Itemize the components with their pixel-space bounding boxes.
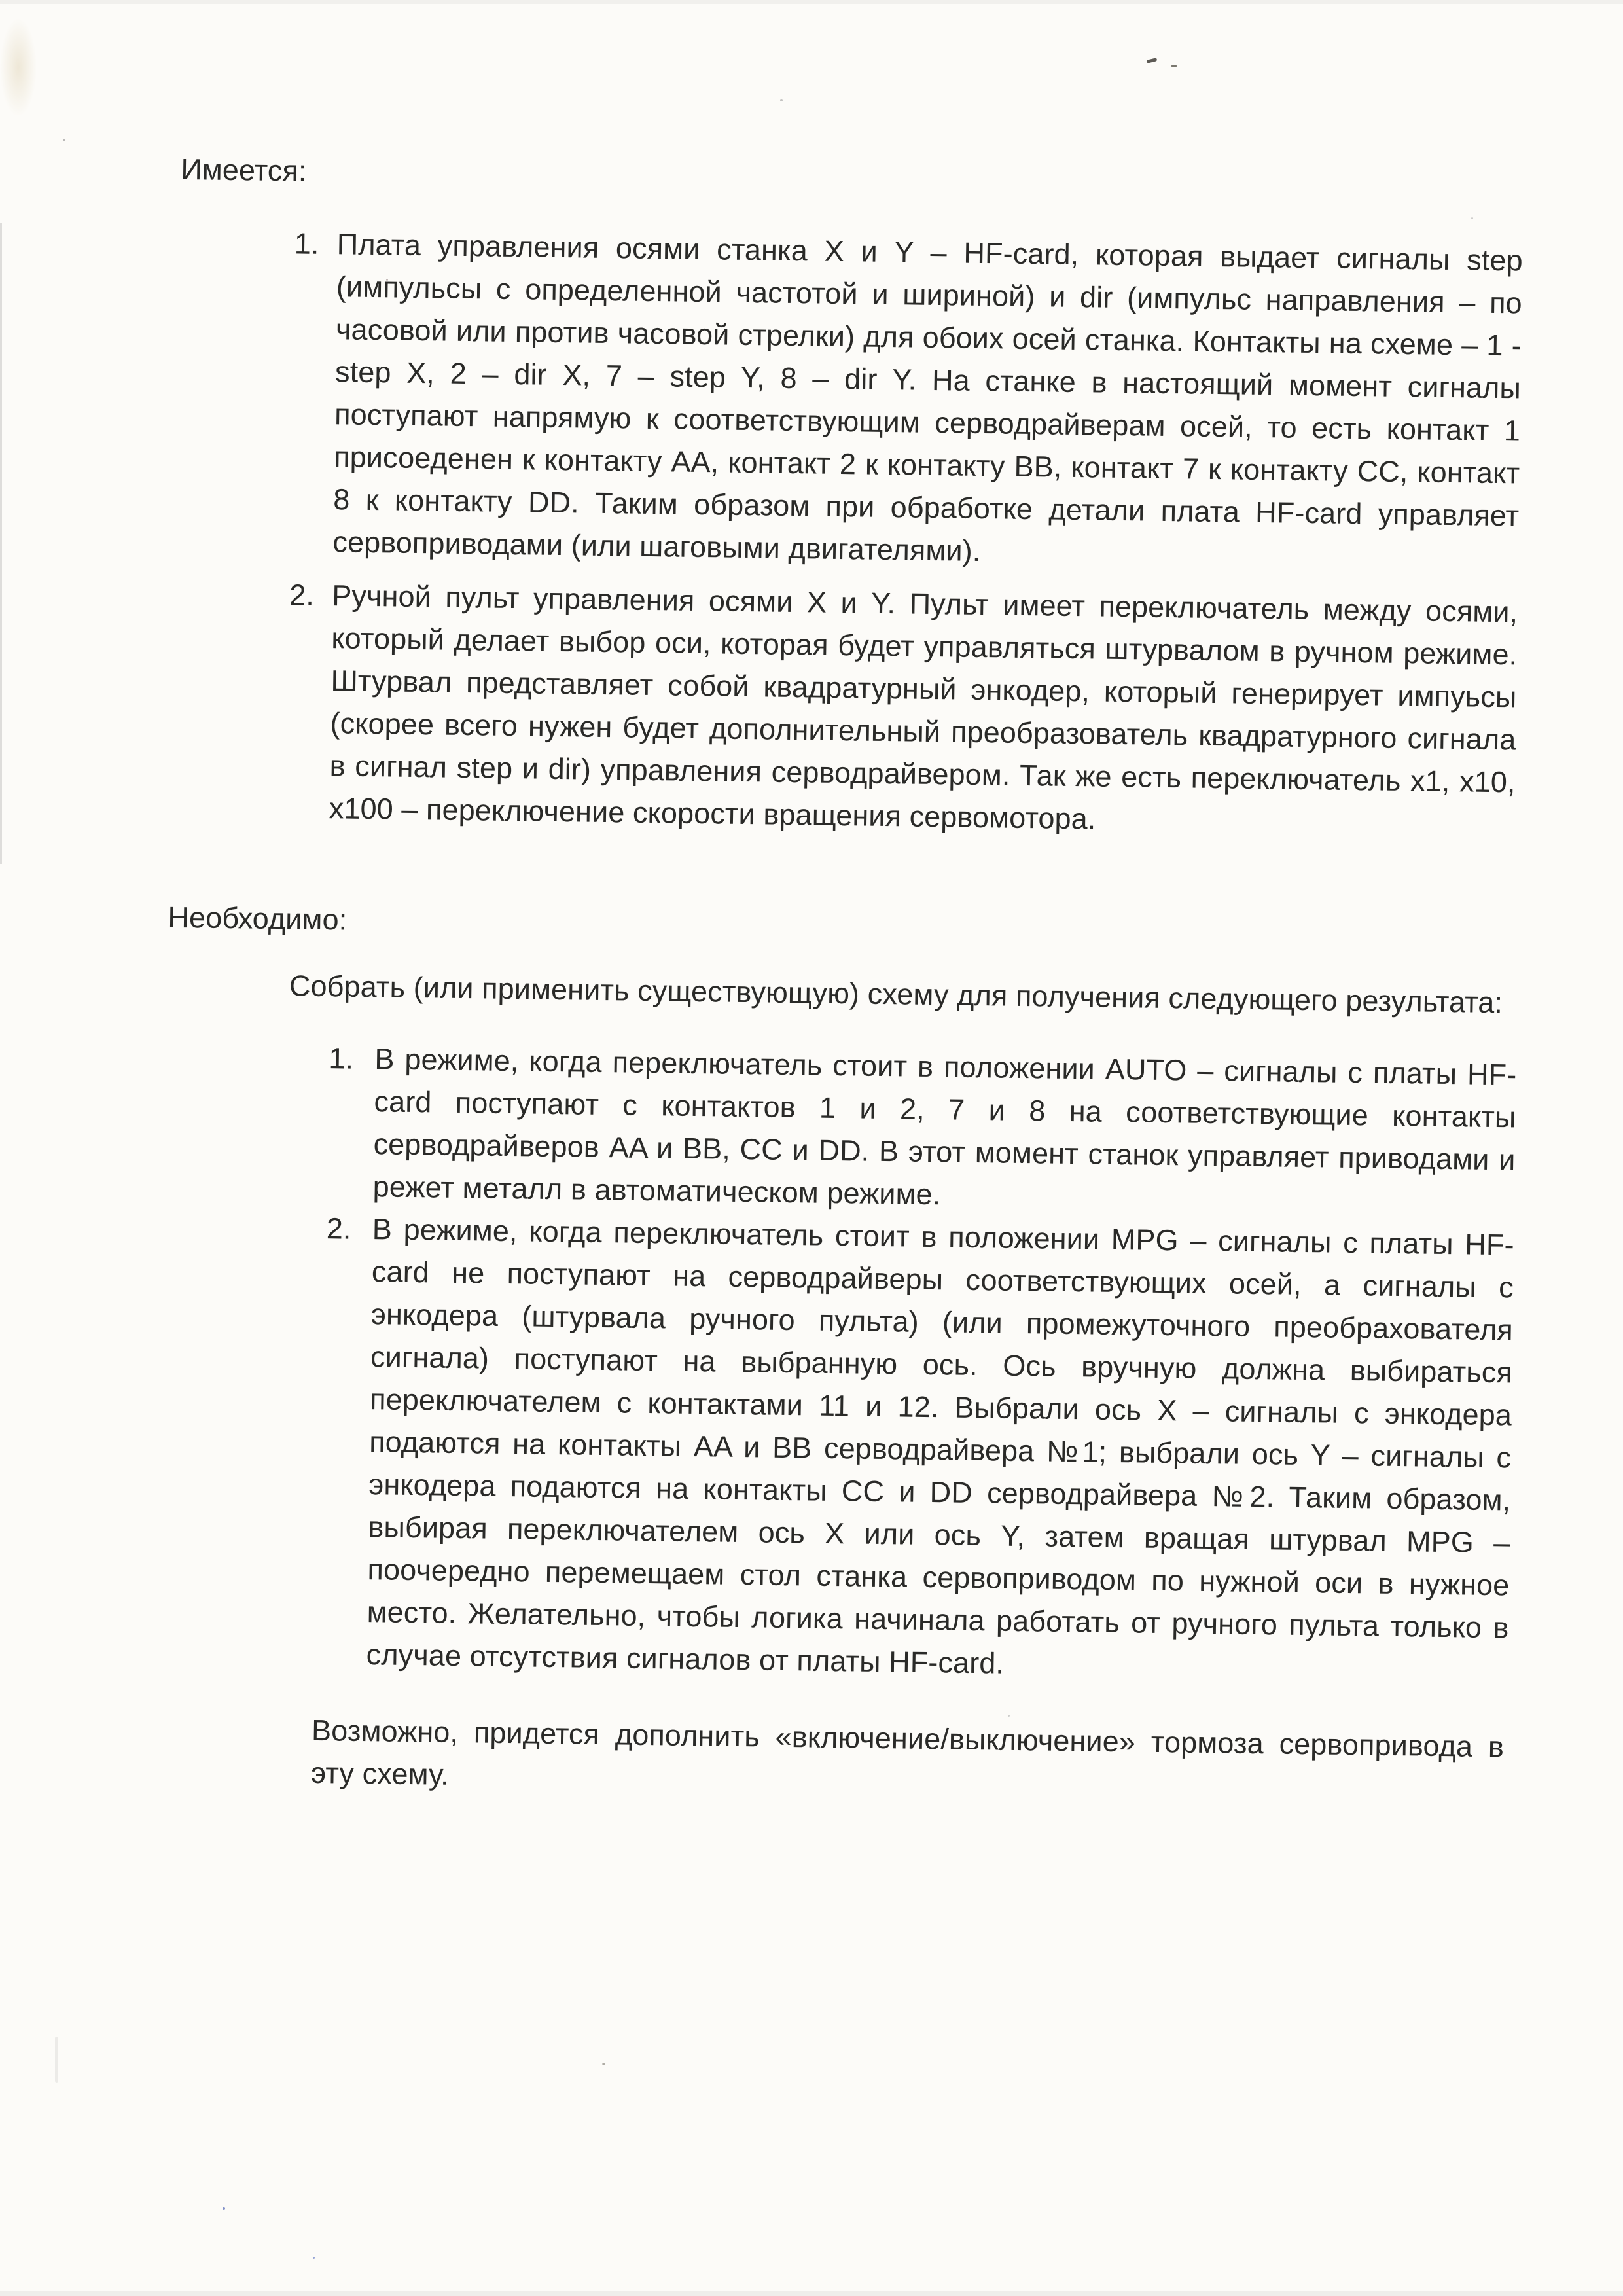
scan-streak	[55, 2037, 58, 2083]
list-item-text: В режиме, когда переключатель стоит в по…	[366, 1208, 1514, 1691]
list-item: 1. Плата управления осями станка X и Y –…	[290, 222, 1525, 579]
list-item-number: 1.	[294, 222, 319, 265]
list-item-number: 2.	[289, 573, 315, 617]
list-item: 2. В режиме, когда переключатель стоит в…	[320, 1207, 1518, 1691]
list-item-number: 2.	[326, 1207, 351, 1250]
list-item: 1. В режиме, когда переключатель стоит в…	[327, 1037, 1520, 1223]
section-heading-required: Необходимо:	[168, 896, 1611, 959]
list-item-number: 1.	[329, 1037, 354, 1080]
list-item: 2. Ручной пульт управления осями X и Y. …	[286, 573, 1520, 846]
section-heading-available: Имеется:	[181, 148, 1621, 211]
list-item-text: Плата управления осями станка X и Y – HF…	[332, 223, 1523, 579]
required-intro-paragraph: Собрать (или применить существующую) схе…	[289, 964, 1520, 1024]
available-list: 1. Плата управления осями станка X и Y –…	[286, 222, 1525, 846]
document-content: Имеется: 1. Плата управления осями станк…	[0, 0, 1623, 1841]
scan-edge-shadow-bottom	[0, 2291, 1623, 2296]
list-item-text: В режиме, когда переключатель стоит в по…	[372, 1037, 1516, 1223]
list-item-text: Ручной пульт управления осями X и Y. Пул…	[329, 574, 1518, 846]
scanned-page: Имеется: 1. Плата управления осями станк…	[0, 0, 1623, 2296]
scan-speck	[602, 2063, 605, 2065]
scan-speck	[223, 2207, 225, 2210]
closing-paragraph: Возможно, придется дополнить «включение/…	[311, 1709, 1505, 1810]
scan-speck	[313, 2257, 315, 2259]
required-list: 1. В режиме, когда переключатель стоит в…	[320, 1037, 1520, 1691]
